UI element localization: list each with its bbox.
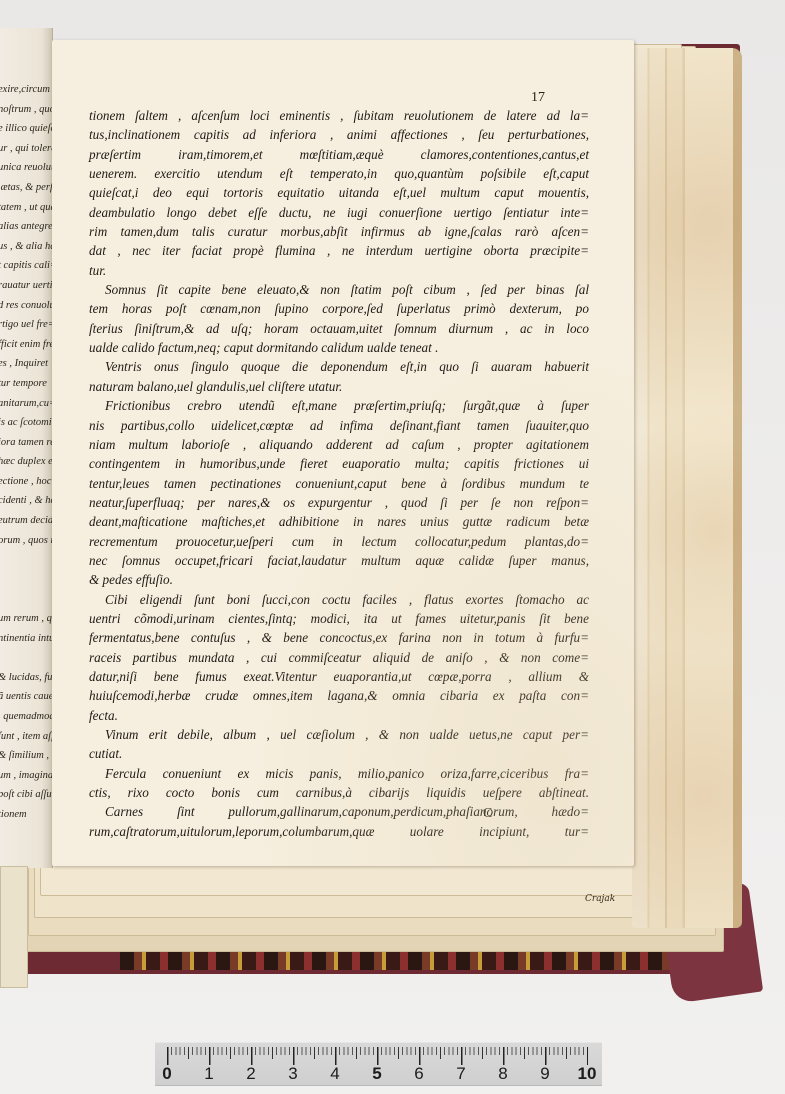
scale-ruler: 012345678910 [155,1042,602,1086]
text-line: nis partibus,collo uidelicet,cœptæ ad in… [89,416,589,435]
left-text-fragment: ã uentis cauendum [0,687,52,707]
ruler-label: 2 [246,1064,255,1084]
left-text-fragment: e illico quieſcat [0,119,52,139]
left-text-fragment: anitarum,cu= [0,394,52,414]
page-number: 17 [531,90,545,106]
left-text-fragment: rtigo uel fre= [0,315,52,335]
text-line: huiuſcemodi,herbæ crudæ omnes,item lagan… [89,686,589,705]
left-text-fragment: , quemadmodum [0,707,52,727]
left-text-fragment: ſunt , item aſſo [0,727,52,747]
fore-edge-leaves [632,48,742,928]
left-text-fragment: iora tamen re [0,433,52,453]
ruler-label: 9 [540,1064,549,1084]
left-text-fragment: fficit enim fre [0,335,52,355]
ruler-label: 8 [498,1064,507,1084]
left-text-fragment: d res conuoluã [0,296,52,316]
left-text-fragment: unica reuolutio [0,158,52,178]
text-line: Carnes ſint pullorum,gallinarum,caponum,… [89,802,589,821]
left-text-fragment: & ſimilium , ὅτ [0,746,52,766]
left-text-fragment: tatem , ut qua [0,198,52,218]
ruler-labels: 012345678910 [155,1064,602,1084]
ruler-cm-ticks [167,1047,588,1065]
handwritten-margin-note: Crajak [585,894,615,904]
foxing-stains [632,48,742,928]
left-text-fragment: eutrum deciden= [0,511,52,531]
text-line: tionem ſaltem , aſcenſum loci eminentis … [89,106,589,125]
text-line: ſterius ſiniſtrum,& ad uſq; horam octaua… [89,319,589,338]
ruler-label: 4 [330,1064,339,1084]
ruler-label: 7 [456,1064,465,1084]
left-text-fragment: cidenti , & hæc [0,491,52,511]
text-line: Vinum erit debile, album , uel cæſiolum … [89,725,589,744]
left-text-fragment: tur tempore [0,374,52,394]
text-line: deant,maſticatione maſtiches,et adhibiti… [89,512,589,531]
text-line: quieſcat,i deo equi tortoris equitatio u… [89,183,589,202]
left-text-fragment [0,589,52,609]
left-text-fragment: exire,circum [0,80,52,100]
ruler-label: 3 [288,1064,297,1084]
left-text-fragment: poſt cibi aſſump [0,785,52,805]
text-line: ctis, rixo cocto bonis cum carnibus,à ci… [89,783,589,802]
ruler-label: 0 [162,1064,171,1084]
text-line: fecta. [89,706,589,725]
text-line: & pedes effuſio. [89,570,589,589]
text-line: tus,inclinationem capitis ad inferiora ,… [89,125,589,144]
left-page-text: exire,circumnoſtrum , quoe illico quieſc… [0,28,52,825]
text-line: Cibi eligendi ſunt boni ſucci,con coctu … [89,590,589,609]
left-text-fragment [0,550,52,570]
text-line: niam multum laborioſe , aliquando addere… [89,435,589,454]
left-text-fragment: ectione , hoc ex [0,472,52,492]
left-text-fragment: t capitis cali= [0,256,52,276]
left-text-fragment [0,648,52,668]
left-text-fragment: us , & alia ha [0,237,52,257]
left-text-fragment: um , imaginatio [0,766,52,786]
left-text-fragment: es , Inquiret [0,354,52,374]
text-line: neatur,ſuperfluaq; per nares,& os expurg… [89,493,589,512]
text-line: Ventris onus ſingulo quoque die deponend… [89,357,589,376]
left-text-fragment: ,ætas, & perſo [0,178,52,198]
left-text-fragment: um rerum , qua [0,609,52,629]
text-line: tem horas poſt cœnam,non ſupino corpore,… [89,299,589,318]
text-line: datur,niſi bene fumus exeat.Vitentur eua… [89,667,589,686]
left-text-fragment: orum , quos mox [0,531,52,551]
left-text-fragment [0,570,52,590]
text-line: uenerem. exercitio utendum eſt temperato… [89,164,589,183]
left-text-fragment: ur , qui tolerat [0,139,52,159]
recto-page: 17 tionem ſaltem , aſcenſum loci eminent… [52,40,634,866]
ruler-label: 10 [578,1064,597,1084]
left-text-fragment: noſtrum , quo [0,100,52,120]
left-text-fragment: is ac ſcotomiæ [0,413,52,433]
left-text-fragment: alias antegre= [0,217,52,237]
text-line: rum,caſtratorum,uitulorum,leporum,columb… [89,822,589,841]
page-body-text: tionem ſaltem , aſcenſum loci eminentis … [89,106,589,841]
text-line: tur. [89,261,589,280]
text-line: recrementum prouocetur,ueſperi cum in le… [89,532,589,551]
left-text-fragment: rauatur uertio [0,276,52,296]
signature-mark: C [483,806,492,822]
text-line: contingentem in humoribus,unde fieret eu… [89,454,589,473]
text-line: fermentatus,bene contuſus , & bene conco… [89,628,589,647]
text-line: dat , nec iter faciat propè flumina , ne… [89,241,589,260]
left-text-fragment: ntinentia intuiſſ, [0,629,52,649]
text-line: cutiat. [89,744,589,763]
text-line: raceis partibus mundata , cui commiſceat… [89,648,589,667]
text-line: rim tamen,dum talis curatur morbus,abſit… [89,222,589,241]
text-line: uentri cõmodi,urinam cientes,ſintq; modi… [89,609,589,628]
left-page-lower-leaf [0,866,28,988]
ruler-label: 6 [414,1064,423,1084]
ruler-label: 1 [204,1064,213,1084]
text-line: Somnus ſit capite bene eleuato,& non ſta… [89,280,589,299]
text-line: tentur,leues tamen pectinationes conueni… [89,474,589,493]
left-text-fragment: tionem [0,805,52,825]
text-line: præſertim iram,timorem,et mœſtitiam,æquè… [89,145,589,164]
text-line: Frictionibus crebro utendũ eſt,mane præſ… [89,396,589,415]
left-text-fragment: hæc duplex eſt, [0,452,52,472]
left-page-verso: exire,circumnoſtrum , quoe illico quieſc… [0,28,53,868]
ruler-label: 5 [372,1064,381,1084]
text-line: nec ſomnus occupet,fricari faciat,laudat… [89,551,589,570]
text-line: ualde calido factum,neq; caput dormitand… [89,338,589,357]
text-line: deambulatio longo debet eſſe ductu, ne i… [89,203,589,222]
text-line: Fercula conueniunt ex micis panis, milio… [89,764,589,783]
left-text-fragment: & lucidas, fugia [0,668,52,688]
text-line: naturam balano,uel glandulis,uel cliſter… [89,377,589,396]
